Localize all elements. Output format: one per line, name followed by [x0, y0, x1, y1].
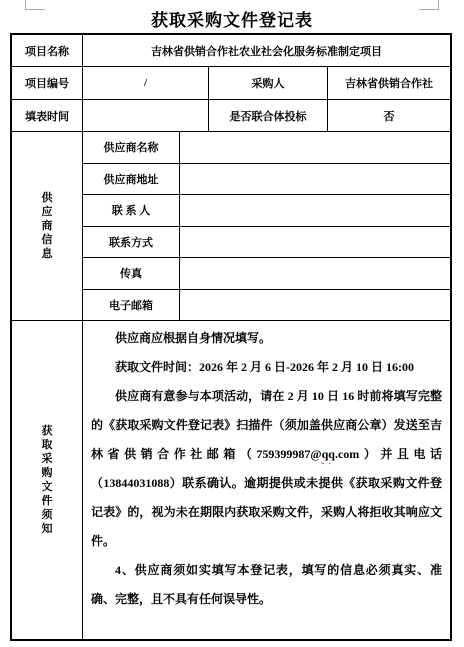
- project-name-value: 吉林省供销合作社农业社会化服务标准制定项目: [83, 35, 450, 66]
- email-value: [180, 290, 450, 321]
- supplier-address-value: [180, 164, 450, 195]
- contact-method-row: 联系方式: [83, 227, 450, 259]
- supplier-section-label: 供应商信息: [12, 132, 83, 320]
- supplier-name-row: 供应商名称: [83, 132, 450, 164]
- purchaser-label: 采购人: [209, 67, 328, 99]
- contact-method-label: 联系方式: [83, 227, 180, 258]
- document-page: 获取采购文件登记表 项目名称 吉林省供销合作社农业社会化服务标准制定项目 项目编…: [0, 0, 464, 647]
- contact-person-row: 联 系 人: [83, 195, 450, 227]
- fill-time-value: [83, 100, 209, 131]
- fill-time-label: 填表时间: [12, 100, 83, 131]
- row-project-name: 项目名称 吉林省供销合作社农业社会化服务标准制定项目: [12, 35, 450, 67]
- notice-paragraph-2: 获取文件时间：2026 年 2 月 6 日-2026 年 2 月 10 日 16…: [91, 353, 442, 382]
- contact-method-value: [180, 227, 450, 258]
- supplier-address-row: 供应商地址: [83, 164, 450, 196]
- purchaser-value: 吉林省供销合作社: [328, 67, 450, 99]
- supplier-name-value: [180, 132, 450, 163]
- supplier-section-label-text: 供应商信息: [41, 191, 54, 261]
- notice-paragraph-3-tail: .com）并且电话（13844031088）联系确认。逾期提供或未提供《获取采购…: [91, 447, 442, 548]
- contact-person-label: 联 系 人: [83, 195, 180, 226]
- notice-section-label: 获取采购文件须知: [12, 321, 83, 639]
- fax-row: 传真: [83, 258, 450, 290]
- spellcheck-underlined-text: qq: [322, 447, 335, 461]
- notice-paragraph-3: 供应商有意参与本项活动，请在 2 月 10 日 16 时前将填写完整的《获取采购…: [91, 382, 442, 556]
- consortium-bid-value: 否: [328, 100, 450, 131]
- fax-label: 传真: [83, 258, 180, 289]
- email-label: 电子邮箱: [83, 290, 180, 321]
- contact-person-value: [180, 195, 450, 226]
- fax-value: [180, 258, 450, 289]
- project-number-value: /: [83, 67, 209, 99]
- supplier-info-section: 供应商信息 供应商名称 供应商地址 联 系 人 联系方式: [12, 132, 450, 321]
- consortium-bid-label: 是否联合体投标: [209, 100, 328, 131]
- registration-form-table: 项目名称 吉林省供销合作社农业社会化服务标准制定项目 项目编号 / 采购人 吉林…: [10, 33, 452, 641]
- email-row: 电子邮箱: [83, 290, 450, 321]
- supplier-name-label: 供应商名称: [83, 132, 180, 163]
- document-title: 获取采购文件登记表: [0, 6, 464, 31]
- notice-paragraph-4: 4、供应商须如实填写本登记表，填写的信息必须真实、准确、完整，且不具有任何误导性…: [91, 556, 442, 614]
- notice-section-label-text: 获取采购文件须知: [41, 424, 54, 536]
- row-fill-time: 填表时间 是否联合体投标 否: [12, 100, 450, 132]
- notice-content: 供应商应根据自身情况填写。 获取文件时间：2026 年 2 月 6 日-2026…: [83, 321, 450, 639]
- row-project-number: 项目编号 / 采购人 吉林省供销合作社: [12, 67, 450, 100]
- supplier-address-label: 供应商地址: [83, 164, 180, 195]
- project-number-label: 项目编号: [12, 67, 83, 99]
- notice-paragraph-1: 供应商应根据自身情况填写。: [91, 324, 442, 353]
- notice-section: 获取采购文件须知 供应商应根据自身情况填写。 获取文件时间：2026 年 2 月…: [12, 321, 450, 639]
- supplier-rows: 供应商名称 供应商地址 联 系 人 联系方式 传真: [83, 132, 450, 320]
- project-name-label: 项目名称: [12, 35, 83, 66]
